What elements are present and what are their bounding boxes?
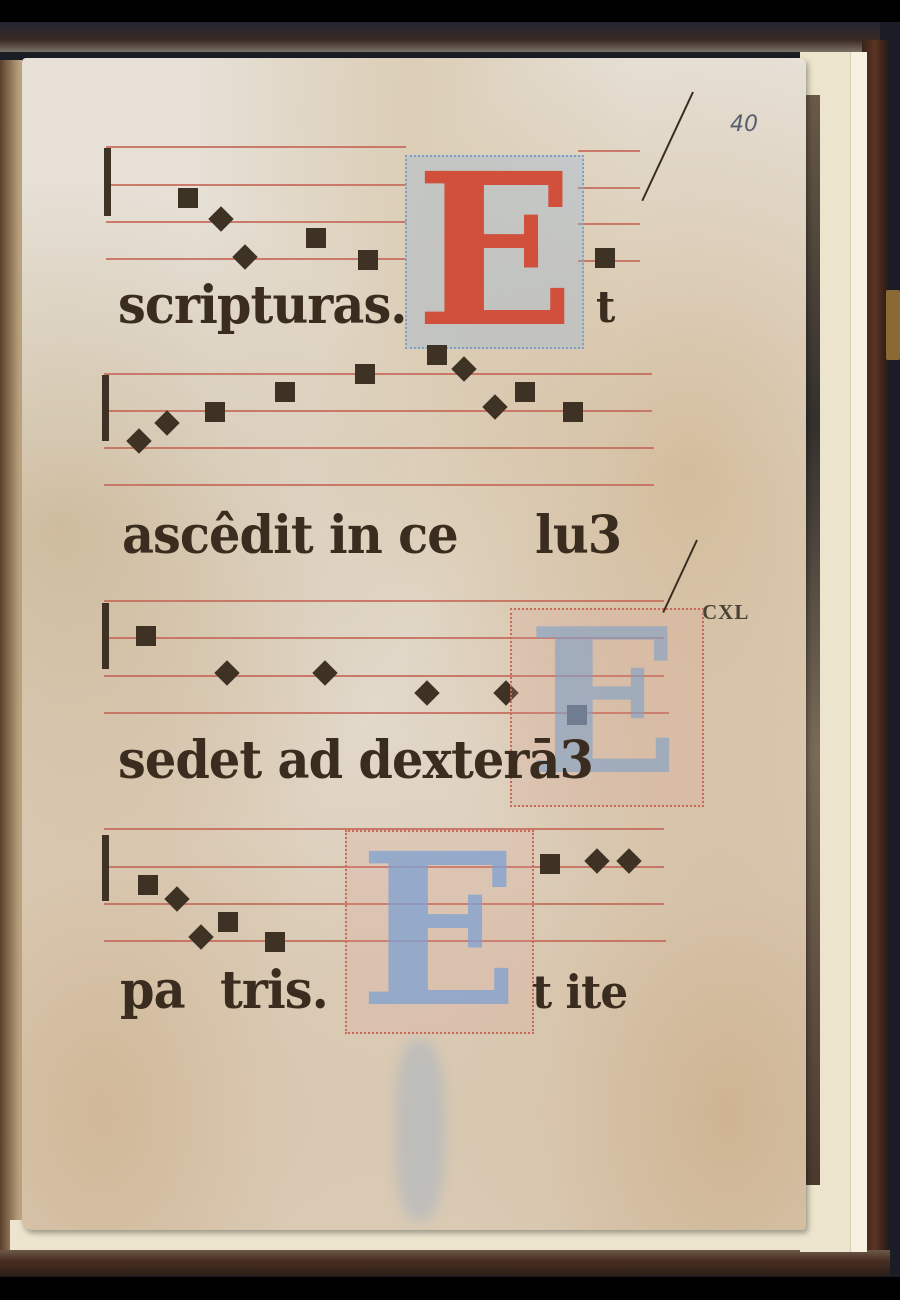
initial-letter: E [359, 807, 519, 1054]
ink-folio-number: CXL [702, 600, 749, 625]
underlying-paper-right-outer [850, 52, 867, 1252]
lyric-line-1b: t [596, 282, 614, 333]
lyric-line-3: sedet ad dexterā3 [118, 730, 593, 791]
binding-bottom-edge [0, 1250, 890, 1276]
lyric-line-4c: t ite [532, 965, 627, 1019]
illuminated-initial-e-blue: E [345, 830, 534, 1034]
binding-top-edge [0, 22, 880, 52]
illuminated-initial-e-red: E [405, 155, 584, 349]
water-stain [395, 1040, 445, 1220]
adjacent-leaf-edge [806, 95, 820, 1185]
lyric-line-4b: tris. [220, 960, 328, 1021]
lyric-line-2a: ascêdit in ce [122, 505, 458, 566]
lyric-line-1a: scripturas. [118, 275, 407, 336]
pencil-folio-number: 40 [730, 112, 758, 137]
lyric-line-4a: pa [120, 960, 185, 1021]
initial-letter: E [415, 127, 575, 374]
lyric-line-2b: lu3 [535, 505, 621, 566]
left-board-edge [0, 60, 22, 1250]
binding-clasp [886, 290, 900, 360]
